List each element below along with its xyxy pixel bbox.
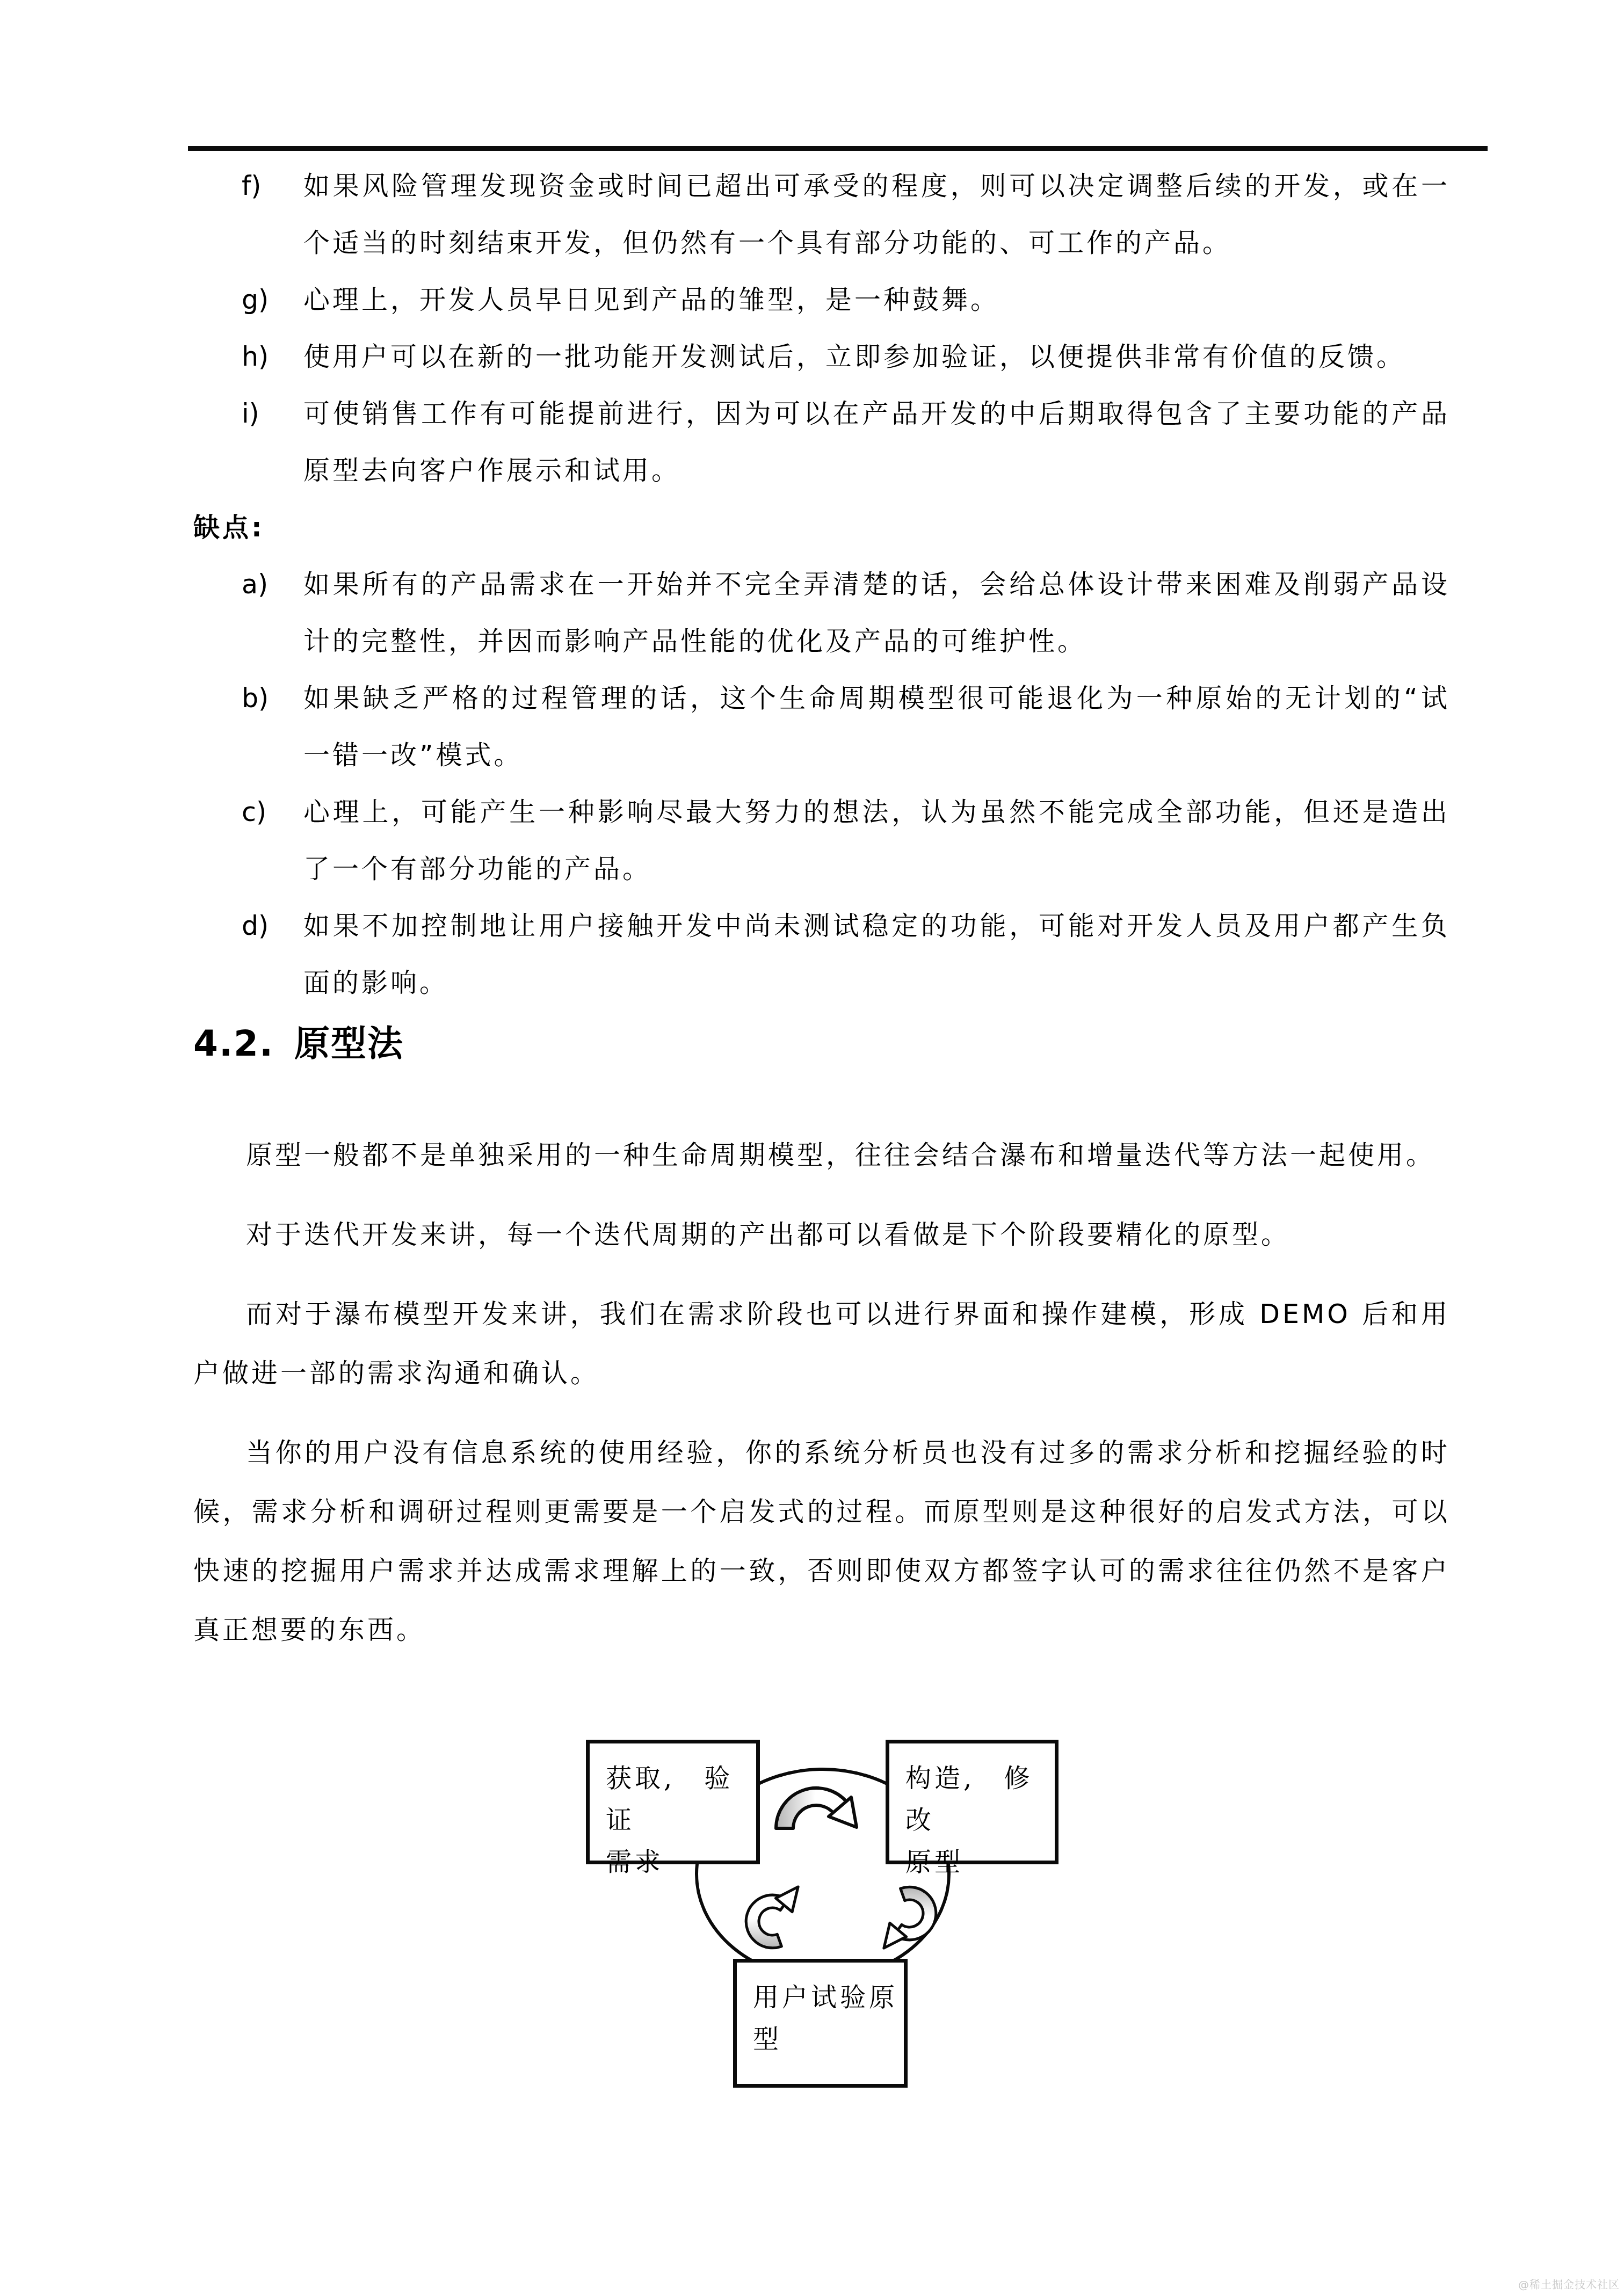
diagram-box-build-modify-prototype: 构造, 修改 原型	[886, 1740, 1058, 1864]
top-rule-divider	[188, 146, 1488, 151]
list-item-text: 如果所有的产品需求在一开始并不完全弄清楚的话，会给总体设计带来困难及削弱产品设计…	[303, 556, 1450, 670]
diagram-box-line: 获取, 验证	[606, 1757, 752, 1841]
diagram-box-line: 需求	[606, 1841, 752, 1883]
list-item-label: b)	[193, 670, 303, 784]
list-item-f: f) 如果风险管理发现资金或时间已超出可承受的程度，则可以决定调整后续的开发，或…	[193, 158, 1450, 272]
list-item-h: h) 使用户可以在新的一批功能开发测试后，立即参加验证，以便提供非常有价值的反馈…	[193, 329, 1450, 386]
cycle-arrow-top-icon	[776, 1788, 857, 1828]
diagram-box-line: 型	[753, 2018, 900, 2060]
section-heading: 4.2.原型法	[193, 1017, 1450, 1071]
paragraph: 原型一般都不是单独采用的一种生命周期模型，往往会结合瀑布和增量迭代等方法一起使用…	[193, 1126, 1450, 1185]
paragraph: 对于迭代开发来讲，每一个迭代周期的产出都可以看做是下个阶段要精化的原型。	[193, 1205, 1450, 1265]
list-item-a: a) 如果所有的产品需求在一开始并不完全弄清楚的话，会给总体设计带来困难及削弱产…	[193, 556, 1450, 670]
list-item-text: 可使销售工作有可能提前进行，因为可以在产品开发的中后期取得包含了主要功能的产品原…	[303, 386, 1450, 499]
list-item-text: 如果不加控制地让用户接触开发中尚未测试稳定的功能，可能对开发人员及用户都产生负面…	[303, 898, 1450, 1012]
document-body: f) 如果风险管理发现资金或时间已超出可承受的程度，则可以决定调整后续的开发，或…	[193, 158, 1450, 1680]
list-item-label: a)	[193, 556, 303, 670]
list-item-text: 使用户可以在新的一批功能开发测试后，立即参加验证，以便提供非常有价值的反馈。	[303, 329, 1450, 386]
cons-heading: 缺点:	[193, 499, 1450, 556]
watermark: @稀土掘金技术社区	[1518, 2276, 1620, 2292]
diagram-box-acquire-verify-requirements: 获取, 验证 需求	[586, 1740, 760, 1864]
list-item-label: d)	[193, 898, 303, 1012]
list-item-c: c) 心理上，可能产生一种影响尽最大努力的想法，认为虽然不能完成全部功能，但还是…	[193, 784, 1450, 898]
paragraph: 而对于瀑布模型开发来讲，我们在需求阶段也可以进行界面和操作建模，形成 DEMO …	[193, 1285, 1450, 1403]
list-item-b: b) 如果缺乏严格的过程管理的话，这个生命周期模型很可能退化为一种原始的无计划的…	[193, 670, 1450, 784]
list-item-text: 如果缺乏严格的过程管理的话，这个生命周期模型很可能退化为一种原始的无计划的“试一…	[303, 670, 1450, 784]
list-item-label: h)	[193, 329, 303, 386]
list-item-i: i) 可使销售工作有可能提前进行，因为可以在产品开发的中后期取得包含了主要功能的…	[193, 386, 1450, 499]
list-item-label: f)	[193, 158, 303, 272]
list-item-label: g)	[193, 272, 303, 329]
paragraph: 当你的用户没有信息系统的使用经验，你的系统分析员也没有过多的需求分析和挖掘经验的…	[193, 1423, 1450, 1660]
section-number: 4.2.	[193, 1023, 274, 1064]
list-item-text: 心理上，开发人员早日见到产品的雏型，是一种鼓舞。	[303, 272, 1450, 329]
list-item-d: d) 如果不加控制地让用户接触开发中尚未测试稳定的功能，可能对开发人员及用户都产…	[193, 898, 1450, 1012]
list-item-label: c)	[193, 784, 303, 898]
diagram-box-line: 原型	[905, 1841, 1050, 1883]
list-item-label: i)	[193, 386, 303, 499]
list-item-text: 心理上，可能产生一种影响尽最大努力的想法，认为虽然不能完成全部功能，但还是造出了…	[303, 784, 1450, 898]
diagram-box-line: 用户试验原	[753, 1977, 900, 2018]
diagram-box-line: 构造, 修改	[905, 1757, 1050, 1841]
cycle-arrow-left-icon	[746, 1887, 798, 1948]
section-title: 原型法	[294, 1023, 404, 1064]
diagram-box-user-test-prototype: 用户试验原 型	[733, 1959, 908, 2088]
prototype-cycle-diagram: 获取, 验证 需求 构造, 修改 原型 用户试验原 型	[0, 1740, 1624, 2116]
list-item-g: g) 心理上，开发人员早日见到产品的雏型，是一种鼓舞。	[193, 272, 1450, 329]
cycle-arrow-right-icon	[884, 1887, 936, 1948]
list-item-text: 如果风险管理发现资金或时间已超出可承受的程度，则可以决定调整后续的开发，或在一个…	[303, 158, 1450, 272]
